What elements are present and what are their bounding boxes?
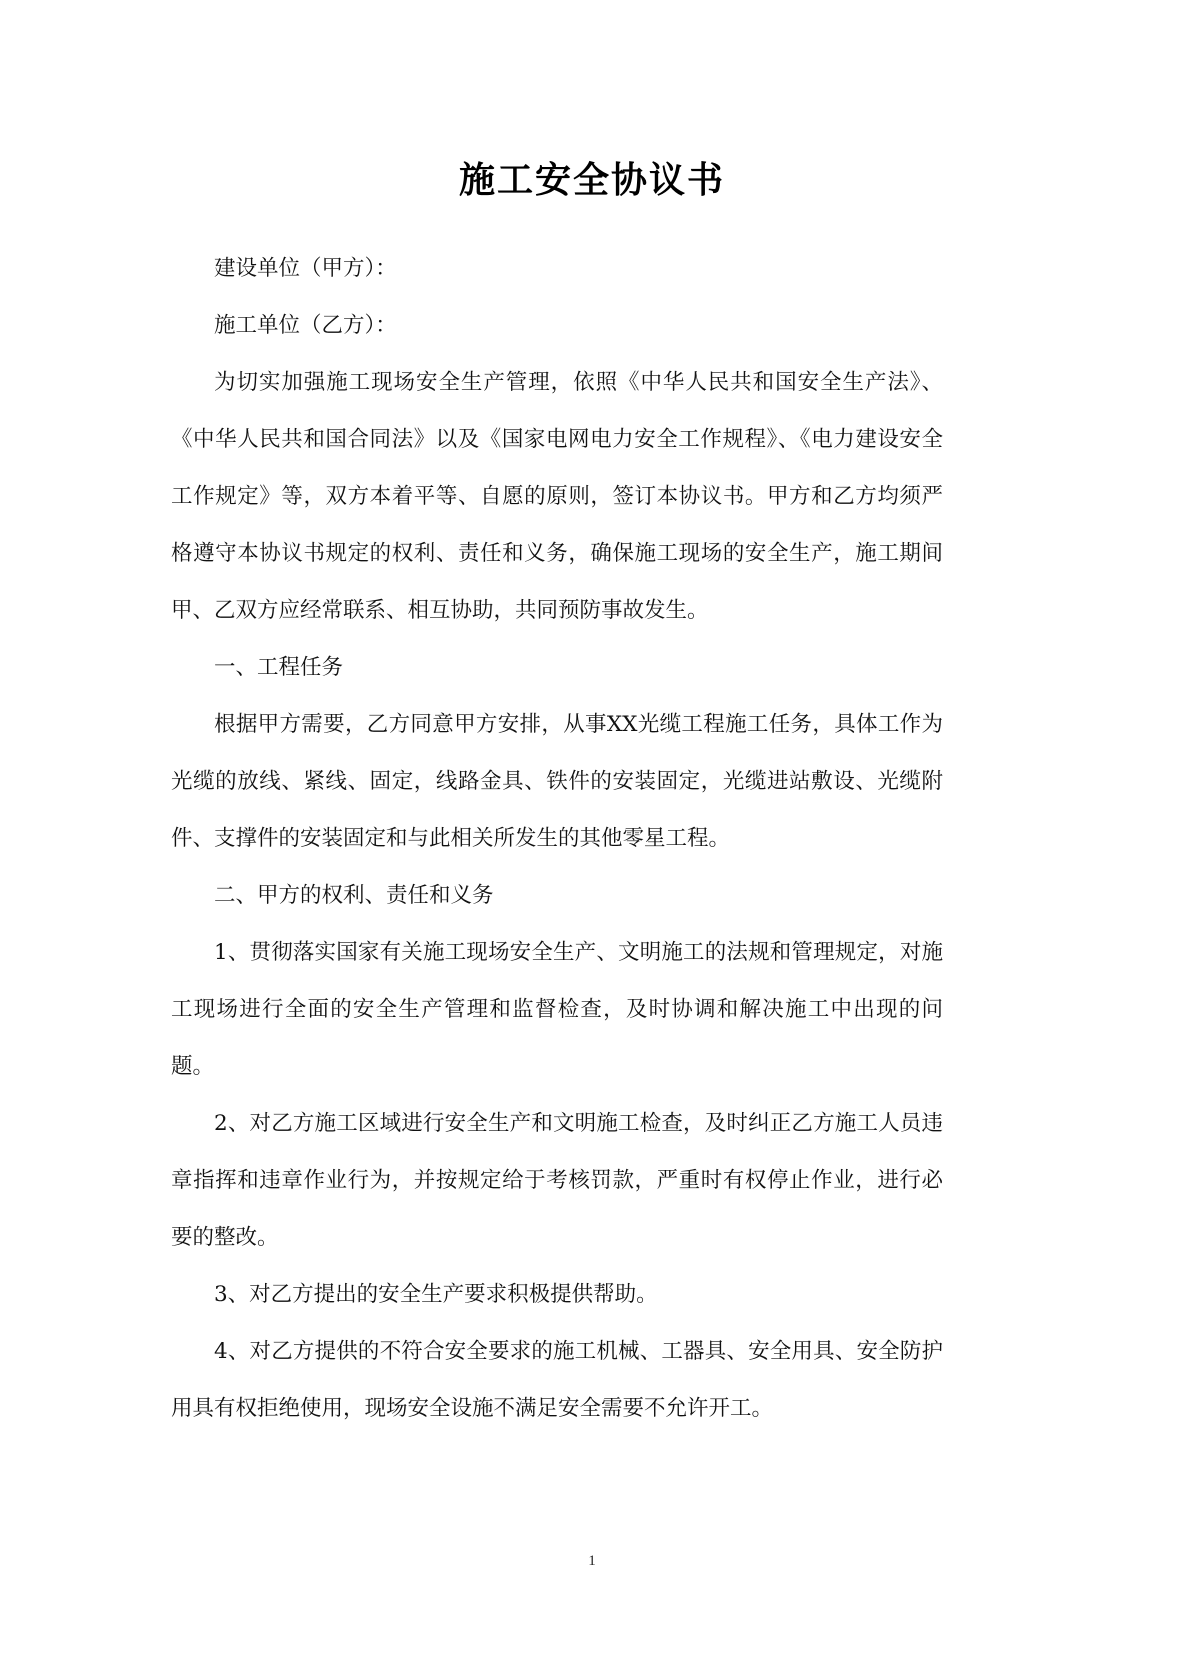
section-heading-2: 二、甲方的权利、责任和义务 — [171, 867, 943, 924]
party-b-line: 施工单位（乙方）： — [171, 297, 943, 354]
clause-3: 3、对乙方提出的安全生产要求积极提供帮助。 — [171, 1266, 943, 1323]
project-task-paragraph: 根据甲方需要，乙方同意甲方安排，从事XX光缆工程施工任务，具体工作为光缆的放线、… — [171, 696, 943, 867]
page-number: 1 — [0, 1553, 1184, 1570]
clause-1: 1、贯彻落实国家有关施工现场安全生产、文明施工的法规和管理规定，对施工现场进行全… — [171, 924, 943, 1095]
section-heading-1: 一、工程任务 — [171, 639, 943, 696]
clause-4: 4、对乙方提供的不符合安全要求的施工机械、工器具、安全用具、安全防护用具有权拒绝… — [171, 1323, 943, 1437]
preamble-paragraph: 为切实加强施工现场安全生产管理，依照《中华人民共和国安全生产法》、《中华人民共和… — [171, 354, 943, 639]
document-title: 施工安全协议书 — [0, 150, 1184, 210]
document-body: 建设单位（甲方）： 施工单位（乙方）： 为切实加强施工现场安全生产管理，依照《中… — [171, 240, 943, 1437]
document-page: 施工安全协议书 建设单位（甲方）： 施工单位（乙方）： 为切实加强施工现场安全生… — [0, 0, 1184, 1678]
party-a-line: 建设单位（甲方）： — [171, 240, 943, 297]
clause-2: 2、对乙方施工区域进行安全生产和文明施工检查，及时纠正乙方施工人员违章指挥和违章… — [171, 1095, 943, 1266]
